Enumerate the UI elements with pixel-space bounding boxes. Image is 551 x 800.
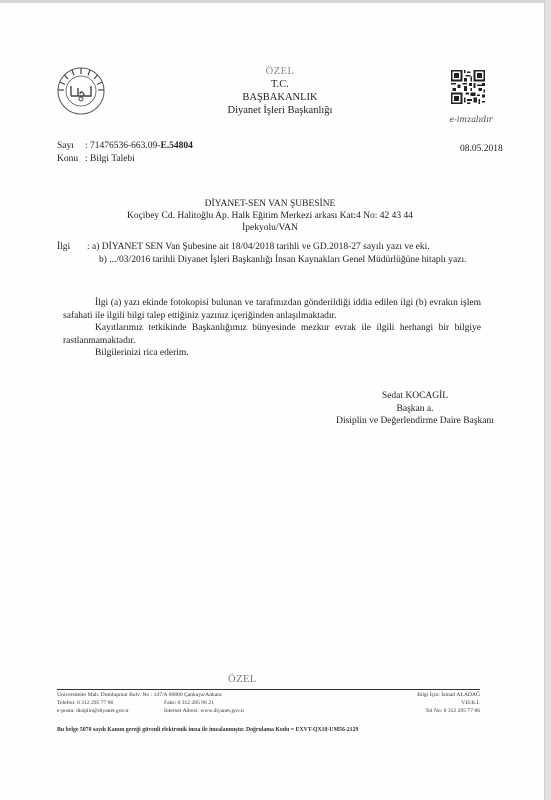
document-date: 08.05.2018: [460, 144, 503, 154]
signatory-department: Disiplin ve Değerlendirme Daire Başkanı: [300, 415, 530, 428]
signatory-name: Sedat KOCAGİL: [300, 390, 530, 403]
footer-divider: [57, 689, 480, 690]
references-label: İlgi: [57, 241, 85, 254]
footer-contact-title: V.H.K.İ.: [417, 699, 480, 707]
letterhead-institution: Diyanet İşleri Başkanlığı: [180, 104, 380, 117]
body-paragraph-2: Kayıtlarımız tetkikinde Başkanlığımız bü…: [63, 322, 481, 347]
body-paragraph-1: İlgi (a) yazı ekinde fotokopisi bulunan …: [63, 297, 481, 322]
reference-item-b: b) .../03/2016 tarihli Diyanet İşleri Ba…: [99, 254, 477, 267]
reference-label: Sayı: [57, 141, 85, 151]
footer-contact-phone: Tel No: 0 312 295 77 86: [417, 707, 480, 715]
footer-fax: Faks: 0 312 285 96 21: [164, 699, 244, 707]
footer-website[interactable]: İnternet Adresi: www.diyanet.gov.tr: [164, 707, 244, 715]
recipient-name: DİYANET-SEN VAN ŞUBESİNE: [60, 198, 480, 210]
letter-body: İlgi (a) yazı ekinde fotokopisi bulunan …: [63, 297, 481, 360]
e-signature-note: e-imzalıdır: [436, 115, 506, 124]
page-edge: [544, 0, 551, 800]
classification-label: ÖZEL: [180, 65, 380, 78]
letterhead-ministry: BAŞBAKANLIK: [180, 91, 380, 104]
reference-item-a: : a) DİYANET SEN Van Şubesine ait 18/04/…: [87, 241, 477, 254]
e-signature-notice: Bu belge 5070 sayılı Kanun gereği güvenl…: [57, 727, 358, 733]
subject-value: : Bilgi Talebi: [85, 154, 135, 164]
reference-value: : 71476536-663.09-: [85, 141, 160, 151]
footer-classification-label: ÖZEL: [228, 674, 257, 685]
body-paragraph-3: Bilgilerinizi rica ederim.: [63, 347, 481, 360]
recipient-city: İpekyolu/VAN: [60, 222, 480, 234]
letterhead-tc: T.C.: [180, 78, 380, 91]
subject-label: Konu: [57, 154, 85, 164]
qr-code-icon: [451, 70, 485, 104]
signature-block: Sedat KOCAGİL Başkan a. Disiplin ve Değe…: [300, 390, 530, 428]
subject: Konu: Bilgi Talebi: [57, 154, 135, 164]
reference-code: E.54804: [160, 141, 192, 151]
diyanet-logo-icon: [56, 66, 106, 116]
reference-number: Sayı: 71476536-663.09-E.54804: [57, 141, 193, 151]
recipient-address: Koçibey Cd. Halitoğlu Ap. Halk Eğitim Me…: [60, 210, 480, 222]
signatory-role: Başkan a.: [300, 403, 530, 416]
letterhead: ÖZEL T.C. BAŞBAKANLIK Diyanet İşleri Baş…: [180, 65, 380, 117]
footer-address: Üniversiteler Mah. Dumlupınar Bulv. No :…: [57, 691, 222, 699]
recipient-block: DİYANET-SEN VAN ŞUBESİNE Koçibey Cd. Hal…: [60, 198, 480, 234]
document-page: ÖZEL T.C. BAŞBAKANLIK Diyanet İşleri Baş…: [0, 3, 545, 800]
footer-contact-person: Bilgi İçin: İsmail ALADAĞ: [417, 691, 480, 699]
